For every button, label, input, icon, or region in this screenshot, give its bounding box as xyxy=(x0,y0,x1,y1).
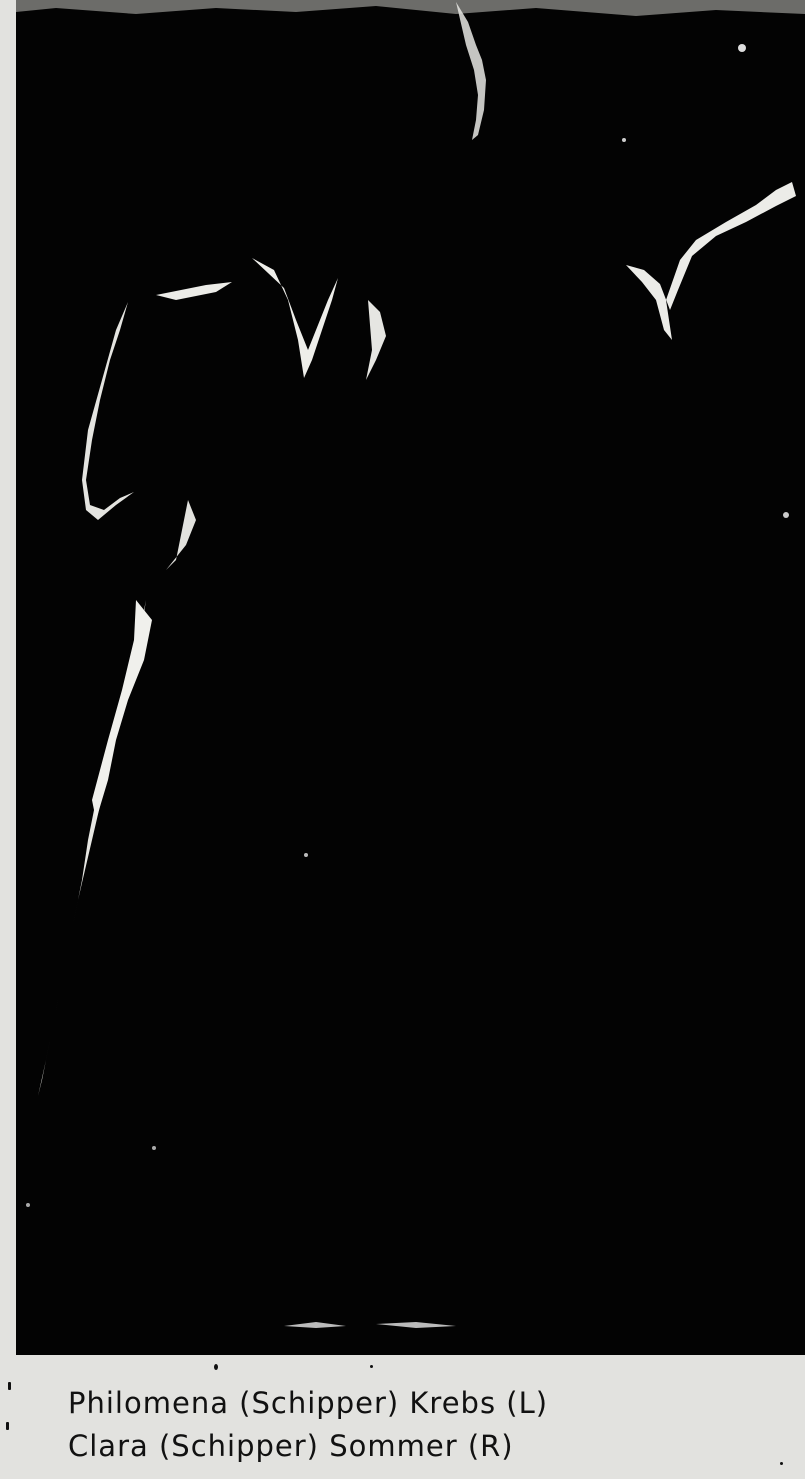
speck xyxy=(6,1422,9,1430)
speck xyxy=(214,1364,218,1370)
speck xyxy=(780,1462,783,1465)
photo-highlights xyxy=(16,0,805,1355)
scanned-page: Philomena (Schipper) Krebs (L) Clara (Sc… xyxy=(0,0,805,1479)
photo-caption: Philomena (Schipper) Krebs (L) Clara (Sc… xyxy=(68,1382,548,1468)
speck xyxy=(370,1365,373,1368)
caption-line-left-person: Philomena (Schipper) Krebs (L) xyxy=(68,1382,548,1425)
speck xyxy=(8,1382,11,1390)
caption-line-right-person: Clara (Schipper) Sommer (R) xyxy=(68,1425,548,1468)
photograph xyxy=(16,0,805,1355)
